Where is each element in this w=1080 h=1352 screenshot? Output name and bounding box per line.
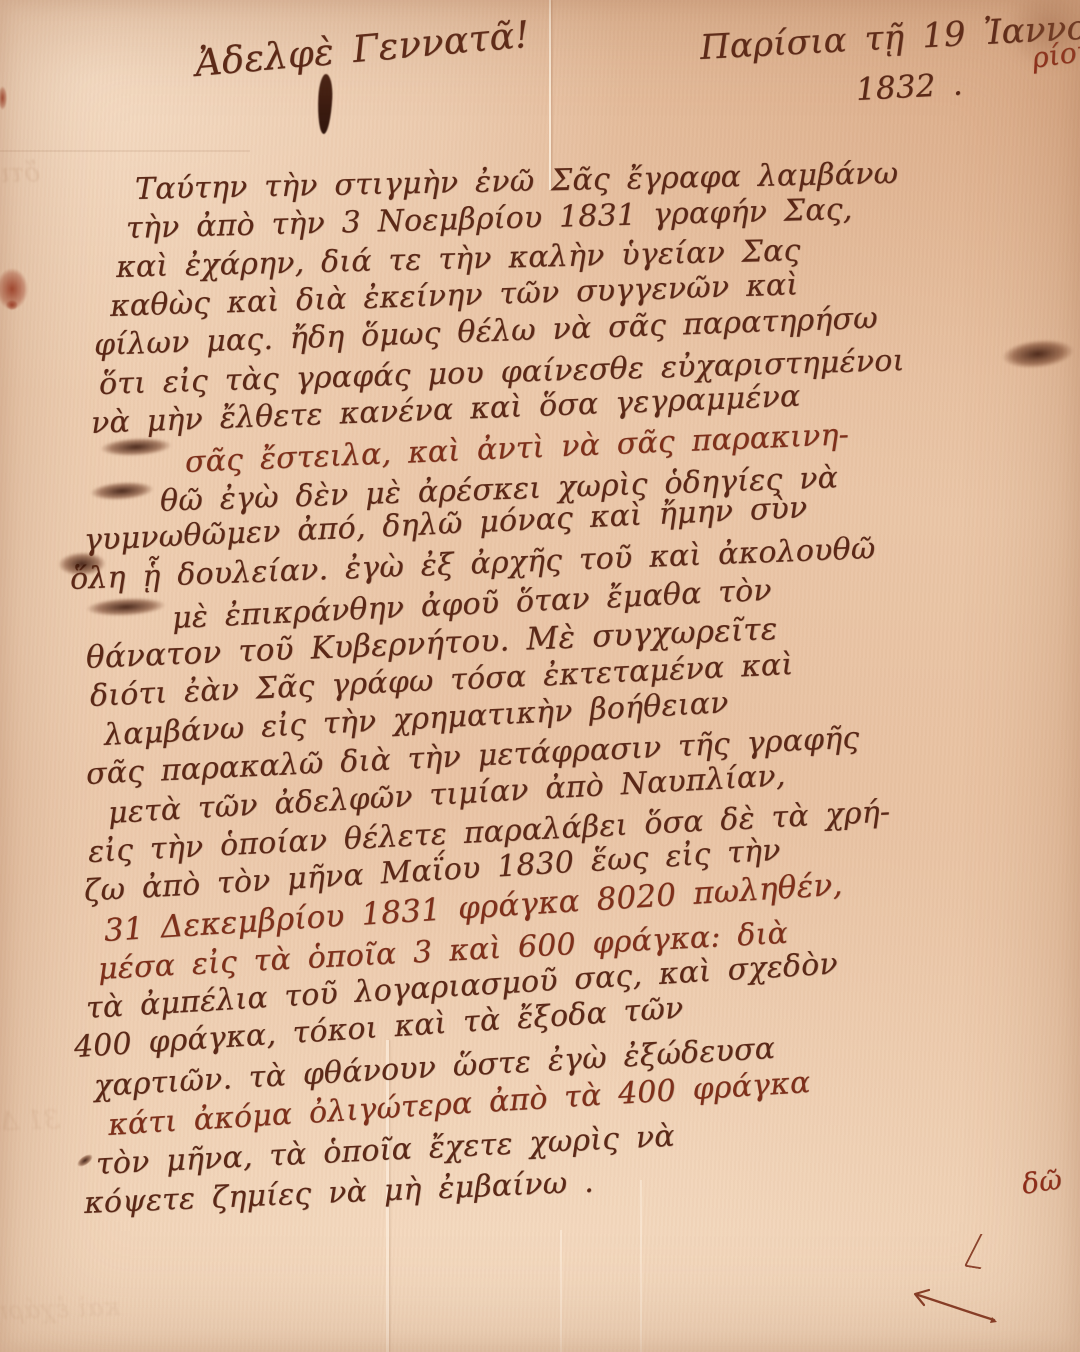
dateline-year: 1832 . — [855, 66, 964, 108]
red-ink-stain-edge — [6, 300, 18, 310]
pen-arrow-mark — [902, 1286, 998, 1328]
fold-crease-vertical-center-bottom — [560, 1230, 562, 1352]
letter-photograph: { "document_title": "Χειρόγραφη επιστολή… — [0, 0, 1080, 1352]
fold-crease-vertical-top — [549, 0, 551, 190]
fold-crease-horizontal — [0, 150, 250, 152]
fold-crease-vertical-bottom-2 — [640, 1180, 642, 1352]
line-tail-word: δῶ — [1020, 1163, 1064, 1201]
